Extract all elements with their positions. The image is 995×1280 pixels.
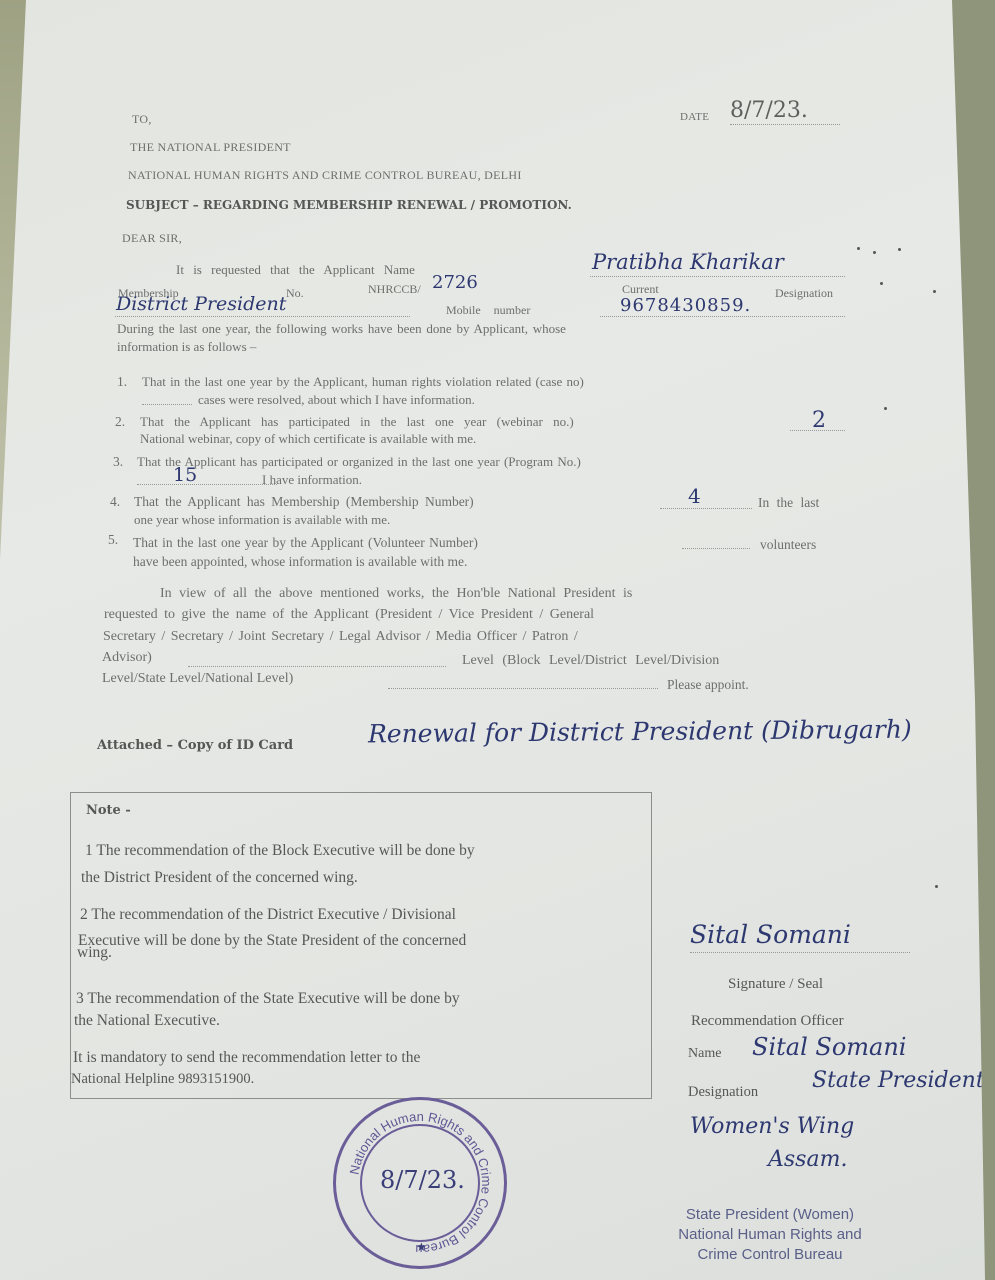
item-1-line-1: That in the last one year by the Applica…: [142, 373, 584, 391]
item-3-value: 15: [173, 464, 197, 486]
date-label: DATE: [680, 108, 709, 126]
paper-speck: [935, 885, 938, 888]
salutation: DEAR SIR,: [122, 229, 182, 247]
recipient-organization: NATIONAL HUMAN RIGHTS AND CRIME CONTROL …: [128, 166, 522, 184]
official-round-stamp: National Human Rights and Crime Control …: [333, 1097, 507, 1269]
note-2-line-3: wing.: [77, 942, 112, 964]
request-line-5-suffix: Please appoint.: [667, 676, 749, 694]
item-4-line-1-suffix: In the last: [758, 494, 819, 512]
request-line-3: Secretary / Secretary / Joint Secretary …: [103, 628, 578, 646]
request-line-4-prefix: Advisor): [102, 649, 152, 667]
paper-speck: [933, 290, 936, 293]
item-4-value: 4: [688, 484, 701, 508]
request-line-1: In view of all the above mentioned works…: [160, 585, 632, 603]
no-label: No.: [286, 284, 304, 302]
paper-speck: [898, 248, 901, 251]
signature: Sital Somani: [690, 920, 851, 949]
current-designation: District President: [116, 293, 286, 315]
item-5-line-1-suffix: volunteers: [760, 536, 816, 554]
applicant-name: Pratibha Kharikar: [592, 250, 784, 274]
handwritten-remark: Renewal for District President (Dibrugar…: [368, 715, 912, 749]
seal-line-1: State President (Women): [640, 1205, 900, 1225]
membership-number: 2726: [432, 272, 478, 293]
note-1-line-1: 1 The recommendation of the Block Execut…: [85, 840, 475, 862]
name-label: Name: [688, 1043, 721, 1065]
request-line-5-prefix: Level/State Level/National Level): [102, 670, 293, 688]
note-1-line-2: the District President of the concerned …: [81, 867, 358, 889]
recommendation-name: Sital Somani: [752, 1033, 906, 1061]
paper-speck: [873, 251, 876, 254]
item-4-number: 4.: [110, 493, 120, 511]
designation-label: Designation: [775, 284, 833, 302]
item-2-number: 2.: [115, 413, 125, 431]
mandatory-line-2: National Helpline 9893151900.: [71, 1068, 254, 1090]
position-blank: [188, 666, 446, 667]
designation-dotted-line: [115, 316, 410, 317]
paper-speck: [857, 247, 860, 250]
request-line-4-suffix: Level (Block Level/District Level/Divisi…: [462, 652, 719, 670]
subject-line: SUBJECT – REGARDING MEMBERSHIP RENEWAL /…: [126, 196, 572, 214]
seal-line-2: National Human Rights and: [640, 1225, 900, 1245]
item-3-blank: [137, 484, 277, 485]
seal-line-3: Crime Control Bureau: [640, 1245, 900, 1265]
paper-speck: [884, 407, 887, 410]
officer-label: Recommendation Officer: [691, 1010, 844, 1032]
mobile-dotted-line: [600, 316, 845, 317]
note-3-line-1: 3 The recommendation of the State Execut…: [76, 988, 460, 1010]
date-value: 8/7/23.: [730, 98, 808, 123]
summary-line-2: information is as follows –: [117, 338, 256, 356]
item-4-line-1: That the Applicant has Membership (Membe…: [134, 493, 474, 511]
note-title: Note -: [86, 800, 131, 822]
item-3-number: 3.: [113, 453, 123, 471]
item-1-line-2: cases were resolved, about which I have …: [198, 391, 475, 409]
note-2-line-2: Executive will be done by the State Pres…: [78, 930, 466, 952]
item-3-line-1: That the Applicant has participated or o…: [137, 453, 581, 471]
applicant-name-line: [590, 276, 845, 277]
level-blank: [388, 688, 658, 689]
note-3-line-2: the National Executive.: [74, 1010, 220, 1032]
item-5-number: 5.: [108, 531, 118, 549]
seal-text-block: State President (Women) National Human R…: [640, 1205, 900, 1265]
item-4-line-2: one year whose information is available …: [134, 511, 390, 529]
note-2-line-1: 2 The recommendation of the District Exe…: [80, 904, 456, 926]
recommendation-designation-line-2: Women's Wing: [690, 1114, 854, 1139]
mandatory-line-1: It is mandatory to send the recommendati…: [73, 1047, 420, 1069]
paper-speck: [880, 282, 883, 285]
item-4-blank: [660, 508, 752, 509]
mobile-number: 9678430859.: [620, 295, 751, 316]
item-3-line-2: I have information.: [262, 471, 362, 489]
item-2-blank: [790, 430, 845, 431]
recipient-title: THE NATIONAL PRESIDENT: [130, 138, 291, 156]
attached-label: Attached – Copy of ID Card: [97, 737, 293, 755]
recommendation-designation-line-3: Assam.: [768, 1147, 847, 1172]
nhrccb-label: NHRCCB/: [368, 280, 421, 298]
signature-label: Signature / Seal: [728, 973, 823, 995]
item-2-line-1: That the Applicant has participated in t…: [140, 413, 574, 431]
document-page: TO, DATE 8/7/23. THE NATIONAL PRESIDENT …: [0, 0, 995, 1280]
summary-line-1: During the last one year, the following …: [117, 320, 566, 338]
date-dotted-line: [730, 124, 840, 125]
mobile-label: Mobile number: [446, 301, 530, 319]
item-5-line-1: That in the last one year by the Applica…: [133, 534, 478, 552]
designation-field-label: Designation: [688, 1081, 758, 1103]
star-icon: ★: [416, 1240, 427, 1255]
stamp-date: 8/7/23.: [380, 1166, 465, 1194]
signature-dotted-line: [690, 952, 910, 953]
item-1-blank: [142, 404, 192, 405]
item-5-line-2: have been appointed, whose information i…: [133, 553, 467, 571]
to-label: TO,: [132, 110, 152, 128]
item-5-blank: [682, 548, 750, 549]
request-line-2: requested to give the name of the Applic…: [104, 606, 594, 624]
item-1-number: 1.: [117, 373, 127, 391]
item-2-line-2: National webinar, copy of which certific…: [140, 430, 476, 448]
intro-line: It is requested that the Applicant Name: [176, 261, 415, 279]
recommendation-designation-line-1: State President: [812, 1068, 985, 1093]
